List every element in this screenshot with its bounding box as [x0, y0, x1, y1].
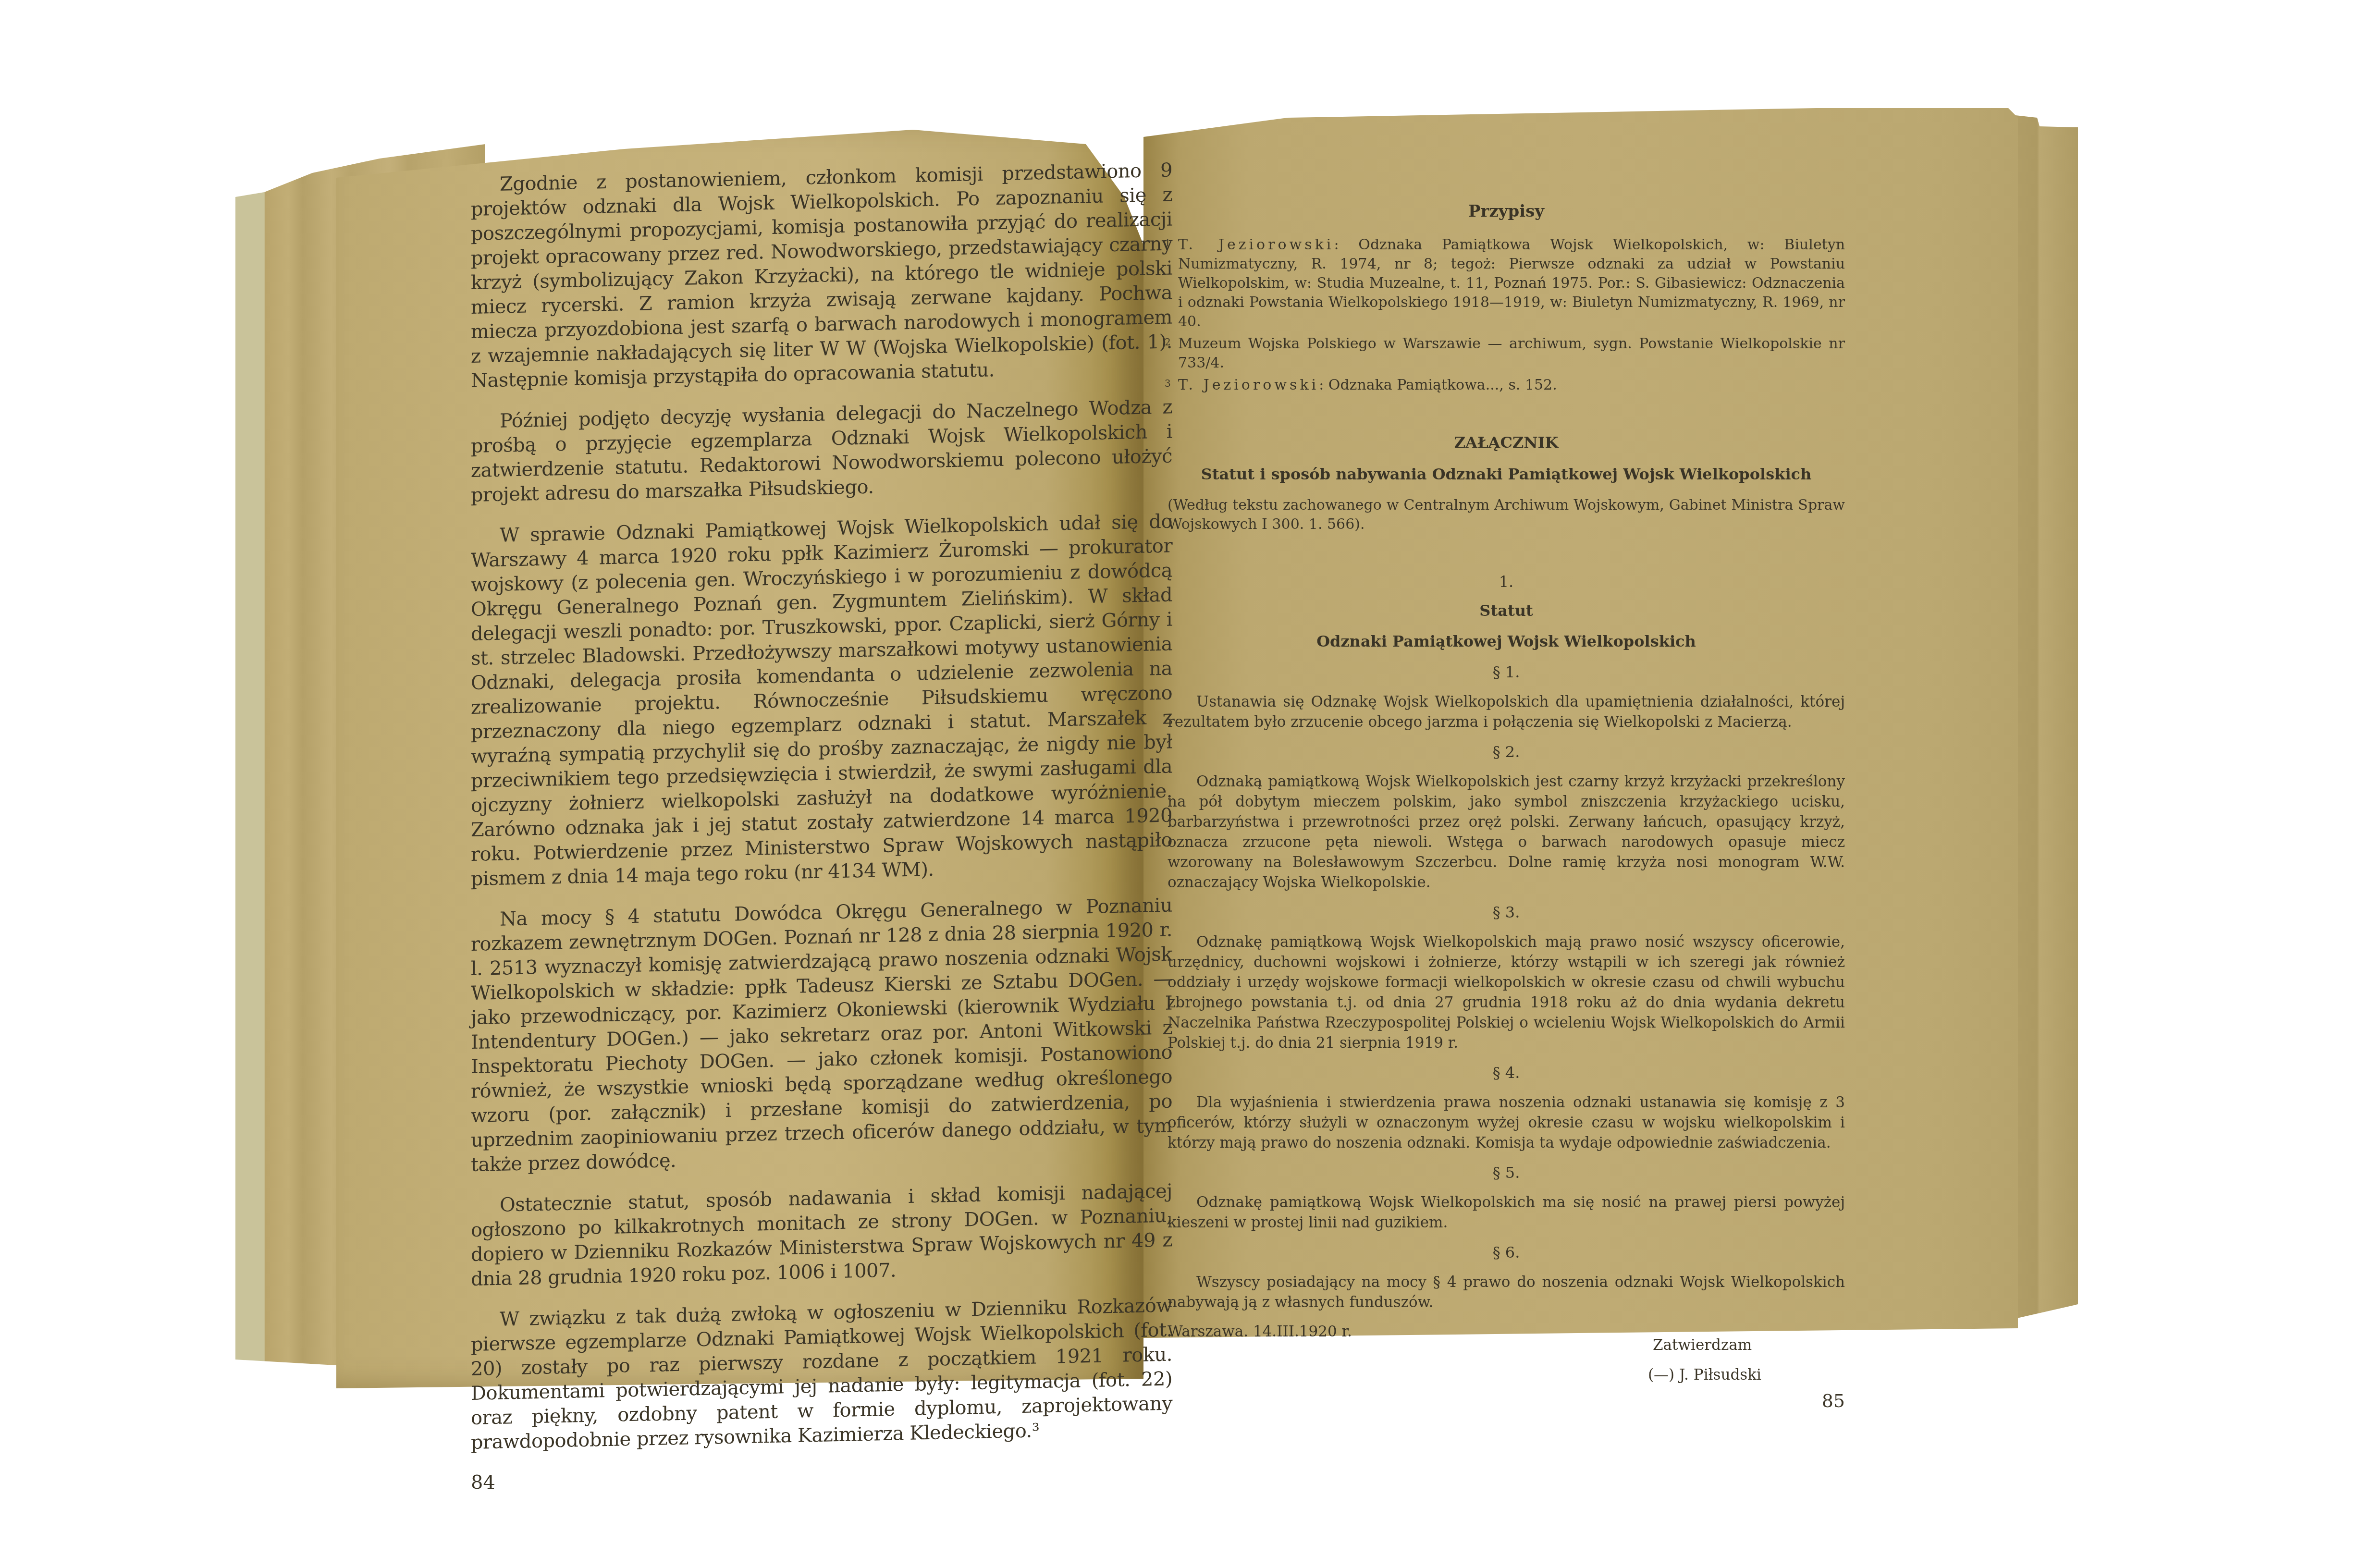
footnote: 1 T. Jeziorowski: Odznaka Pamiątkowa Woj… — [1168, 235, 1845, 331]
section-text: Ustanawia się Odznakę Wojsk Wielkopolski… — [1168, 692, 1845, 732]
signature: (—) J. Piłsudski — [1648, 1366, 1761, 1384]
page-number-right: 85 — [1822, 1390, 1845, 1411]
statute-title: Statut — [1168, 601, 1845, 620]
section-label: § 4. — [1168, 1064, 1845, 1082]
paragraph: Zgodnie z postanowieniem, członkom komis… — [471, 158, 1172, 393]
right-page-content: Przypisy 1 T. Jeziorowski: Odznaka Pamią… — [1168, 202, 1845, 1414]
appendix-source-note: (Według tekstu zachowanego w Centralnym … — [1168, 496, 1845, 534]
footnote-number: 3 — [1165, 374, 1171, 393]
section-label: § 6. — [1168, 1243, 1845, 1262]
section-label: § 5. — [1168, 1164, 1845, 1182]
section-text: Dla wyjaśnienia i stwierdzenia prawa nos… — [1168, 1092, 1845, 1153]
paragraph: Później podjęto decyzję wysłania delegac… — [471, 395, 1172, 508]
left-page-content: Zgodnie z postanowieniem, członkom komis… — [471, 173, 1172, 1494]
footnote-number: 1 — [1165, 233, 1171, 253]
footnote-author: T. Jeziorowski — [1178, 377, 1319, 393]
section-text: Wszyscy posiadający na mocy § 4 prawo do… — [1168, 1272, 1845, 1312]
footnotes-title: Przypisy — [1168, 202, 1845, 221]
section-label: § 1. — [1168, 663, 1845, 681]
section-label: § 3. — [1168, 903, 1845, 921]
signature-block: Warszawa. 14.III.1920 r. Zatwierdzam (—)… — [1168, 1323, 1845, 1390]
page-number-left: 84 — [471, 1471, 1172, 1494]
footnote-number: 2 — [1165, 332, 1171, 352]
footnote-text: : Odznaka Pamiątkowa..., s. 152. — [1319, 377, 1557, 393]
statute-subtitle: Odznaki Pamiątkowej Wojsk Wielkopolskich — [1168, 632, 1845, 650]
appendix-subtitle: Statut i sposób nabywania Odznaki Pamiąt… — [1168, 465, 1845, 483]
paragraph: W sprawie Odznaki Pamiątkowej Wojsk Wiel… — [471, 509, 1172, 892]
open-book: Zgodnie z postanowieniem, członkom komis… — [0, 0, 2360, 1568]
section-text: Odznakę pamiątkową Wojsk Wielkopolskich … — [1168, 932, 1845, 1053]
footnote: 3 T. Jeziorowski: Odznaka Pamiątkowa...,… — [1168, 376, 1845, 395]
footnote-text: Muzeum Wojska Polskiego w Warszawie — ar… — [1178, 335, 1845, 371]
section-label: § 2. — [1168, 743, 1845, 761]
footnote-author: T. Jeziorowski — [1178, 236, 1334, 253]
approval-word: Zatwierdzam — [1653, 1336, 1752, 1354]
paragraph: Na mocy § 4 statutu Dowódca Okręgu Gener… — [471, 893, 1172, 1177]
part-number: 1. — [1168, 573, 1845, 591]
section-text: Odznakę pamiątkową Wojsk Wielkopolskich … — [1168, 1192, 1845, 1233]
footnote: 2 Muzeum Wojska Polskiego w Warszawie — … — [1168, 334, 1845, 373]
paragraph: Ostatecznie statut, sposób nadawania i s… — [471, 1179, 1172, 1292]
place-date: Warszawa. 14.III.1920 r. — [1168, 1323, 1352, 1340]
paragraph: W związku z tak dużą zwłoką w ogłoszeniu… — [471, 1293, 1172, 1455]
section-text: Odznaką pamiątkową Wojsk Wielkopolskich … — [1168, 772, 1845, 893]
appendix-title: ZAŁĄCZNIK — [1168, 433, 1845, 452]
